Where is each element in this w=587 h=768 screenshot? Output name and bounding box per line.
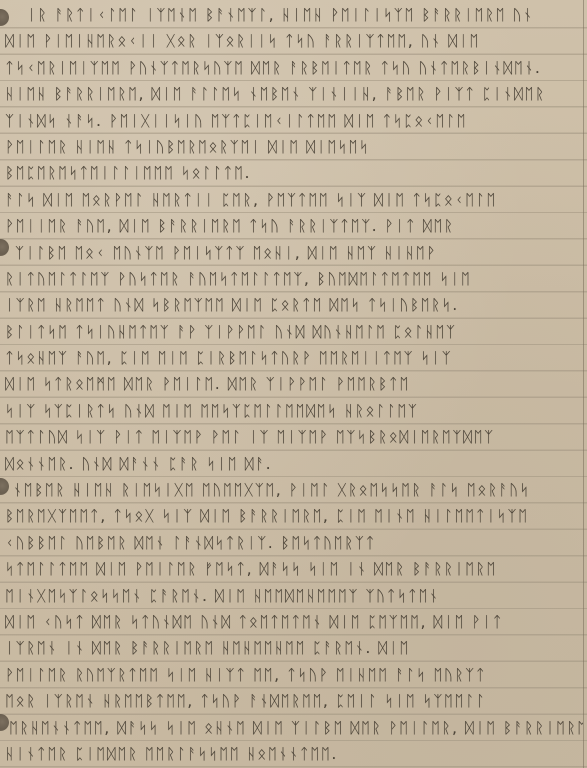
text-line: ᚨᛚᛋ ᛞᛁᛖ ᛖᛟᚱᚹᛖᛚ ᚺᛖᚱᛏᛁᛁ ᛈᛖᚱ, ᚹᛖᛉᛏᛖᛖ ᛋᛁᛉ ᛞᛁ… [5, 185, 583, 211]
text-line: ᛉᛁᛚᛒᛖ ᛖᛟᚲ ᛖᚢᚾᛉᛖ ᚹᛖᛁᛋᛉᛏᛉ ᛖᛟᚺᛁ, ᛞᛁᛖ ᚺᛖᛉ ᚺᛁ… [5, 238, 583, 264]
text-line: ᚺᛁᛖᚺ ᛒᚨᚱᚱᛁᛖᚱᛖ, ᛞᛁᛖ ᚨᛚᛚᛖᛋ ᚾᛖᛒᛖᚾ ᛉᛁᚾᛁᛁᚺ, ᚨ… [5, 79, 583, 105]
text-line: ᛏᛋᛟᚺᛖᛉ ᚨᚢᛖ, ᛈᛁᛖ ᛖᛁᛖ ᛈᛁᚱᛒᛖᛚᛋᛏᚢᚱᚹ ᛖᛖᚱᛖᛁᛁᛏᛖ… [5, 343, 583, 369]
text-line: ᛋᛏᛖᛚᛚᛏᛖᛖ ᛞᛁᛖ ᚹᛖᛁᛚᛖᚱ ᚠᛖᛋᛏ, ᛞᚨᛋᛋ ᛋᛁᛖ ᛁᚾ ᛞᛖ… [5, 554, 583, 580]
text-line: ᛖᛟᚱ ᛁᛉᚱᛖᚾ ᚺᚱᛖᛖᛒᛏᛖᛖ, ᛏᛋᚢᚹ ᚨᚾᛞᛖᚱᛖᛖ, ᛈᛖᛁᛚ ᛋ… [5, 686, 583, 712]
text-line: ᛖᚱᚺᛖᚾᚾᛏᛖᛖ, ᛞᚨᛋᛋ ᛋᛁᛖ ᛟᚺᚾᛖ ᛞᛁᛖ ᛉᛁᛚᛒᛖ ᛞᛖᚱ ᚹ… [5, 713, 583, 739]
text-line: ᛁᚱ ᚨᚱᛏᛁᚲᛚᛖᛚ ᛁᛉᛖᚾᛖ ᛒᚨᚾᛖᛉᛚ, ᚺᛁᛖᚺ ᚹᛖᛁᛚᛁᛋᛉᛖ … [5, 0, 583, 26]
text-line: ᛁᛉᚱᛖᚾ ᛁᚾ ᛞᛖᚱ ᛒᚨᚱᚱᛁᛖᚱᛖ ᚺᛖᚺᛖᛖᚺᛖᛖ ᛈᚨᚱᛖᚾ. ᛞᛁ… [5, 633, 583, 659]
text-line: ᛒᛚᛁᛏᛋᛖ ᛏᛋᛁᚢᚺᛖᛏᛖᛉ ᚨᚹ ᛉᛁᚹᚹᛖᛚ ᚢᚾᛞ ᛞᚢᚾᚺᛖᛚᛖ ᛈ… [5, 317, 583, 343]
page-edge [583, 0, 584, 768]
text-line: ᛒᛖᛈᛖᚱᛖᛋᛏᛖᛁᛚᛚᛁᛖᛖᛖ ᛋᛟᛚᛚᛏᛖ. [5, 158, 583, 184]
text-line: ᛞᛁᛖ ᚲᚢᛋᛏ ᛞᛖᚱ ᛋᛏᚢᚾᛞᛖ ᚢᚾᛞ ᛏᛟᛖᛏᛖᛏᛖᚾ ᛞᛁᛖ ᛈᛖᛉ… [5, 607, 583, 633]
text-line: ᛞᛁᛖ ᛋᛏᚱᛟᛖᛗᛖ ᛞᛖᚱ ᚹᛖᛁᛚᛖ. ᛞᛖᚱ ᛉᛁᚹᚹᛖᛚ ᚹᛖᛖᚱᛒᛏ… [5, 369, 583, 395]
text-line: ᛁᛉᚱᛖ ᚺᚱᛖᛖᛏ ᚢᚾᛞ ᛋᛒᚱᛖᛉᛖᛖ ᛞᛁᛖ ᛈᛟᚱᛏᛖ ᛞᛖᛋ ᛏᛋᛁ… [5, 290, 583, 316]
text-line: ᚲᚢᛒᛒᛖᛚ ᚢᛖᛒᛖᚱ ᛞᛖᚾ ᛚᚨᚾᛞᛋᛏᚱᛁᛉ. ᛒᛖᛋᛏᚢᛖᚱᛉᛏ [5, 528, 583, 554]
text-line: ᛋᛁᛉ ᛋᛉᛈᛁᚱᛏᛋ ᚢᚾᛞ ᛖᛁᛖ ᛖᛖᛋᛉᛈᛖᛚᛚᛖᛖᛞᛖᛋ ᚺᚱᛟᛚᛚᛖ… [5, 396, 583, 422]
text-line: ᚾᛖᛒᛖᚱ ᚺᛁᛖᚺ ᚱᛁᛖᛋᛁᚷᛖ ᛖᚢᛖᛖᚷᛉᛖ, ᚹᛁᛖᛚ ᚷᚱᛟᛖᛋᛋᛖ… [5, 475, 583, 501]
text-line: ᛞᛟᚾᚾᛖᚱ. ᚢᚾᛞ ᛞᚨᚾᚾ ᛈᚨᚱ ᛋᛁᛖ ᛞᚨ. [5, 449, 583, 475]
text-line: ᛖᛁᚾᚷᛖᛋᛉᛚᛟᛋᛋᛖᚾ ᛈᚨᚱᛖᚾ. ᛞᛁᛖ ᚺᛖᛖᛞᛖᚺᛖᛖᛖᛉ ᛉᚢᛏᛋ… [5, 581, 583, 607]
text-line: ᛖᛉᛏᛚᚢᛞ ᛋᛁᛉ ᚹᛁᛏ ᛖᛁᛉᛖᚹ ᚹᛖᛚ ᛁᛉ ᛖᛁᛉᛖᚹ ᛖᛉᛋᛒᚱᛟ… [5, 422, 583, 448]
text-line: ᚹᛖᛁᛚᛖᚱ ᚺᛁᛖᚺ ᛏᛋᛁᚢᛒᛖᚱᛖᛟᚱᛉᛖᛁ ᛞᛁᛖ ᛞᛁᛖᛋᛖᛋ [5, 132, 583, 158]
text-line: ᛞᛁᛖ ᚹᛁᛖᛁᚺᛖᚱᛟᚲᛁᛁ ᚷᛟᚱ ᛁᛉᛟᚱᛁᛁᛋ ᛏᛋᚢ ᚨᚱᚱᛁᛉᛏᛖᛖ… [5, 26, 583, 52]
text-line: ᚱᛁᛏᚢᛖᛚᛏᛚᛖᛉ ᚹᚢᛋᛏᛖᚱ ᚨᚢᛖᛋᛏᛖᛚᛚᛏᛖᛉ, ᛒᚢᛖᛞᛖᛚᛏᛖᛏ… [5, 264, 583, 290]
text-line: ᚹᛖᛁᛁᛖᚱ ᚨᚢᛖ, ᛞᛁᛖ ᛒᚨᚱᚱᛁᛖᚱᛖ ᛏᛋᚢ ᚨᚱᚱᛁᛉᛏᛖᛉ. ᚹ… [5, 211, 583, 237]
text-line: ᛏᛋᚲᛖᚱᛁᛖᛁᛉᛖᛖ ᚹᚢᚾᛉᛏᛖᚱᛋᚢᛉᛖ ᛞᛖᚱ ᚨᚱᛒᛖᛁᛏᛖᚱ ᛏᛋᚢ… [5, 53, 583, 79]
notebook-page: ᛁᚱ ᚨᚱᛏᛁᚲᛚᛖᛚ ᛁᛉᛖᚾᛖ ᛒᚨᚾᛖᛉᛚ, ᚺᛁᛖᚺ ᚹᛖᛁᛚᛁᛋᛉᛖ … [0, 0, 587, 768]
text-line: ᚹᛖᛁᛚᛖᚱ ᚱᚢᛖᛉᚱᛏᛖᛖ ᛋᛁᛖ ᚺᛁᛉᛏ ᛖᛖ, ᛏᛋᚢᚹ ᛖᛁᚺᛖᛖ … [5, 660, 583, 686]
runic-text-body: ᛁᚱ ᚨᚱᛏᛁᚲᛚᛖᛚ ᛁᛉᛖᚾᛖ ᛒᚨᚾᛖᛉᛚ, ᚺᛁᛖᚺ ᚹᛖᛁᛚᛁᛋᛉᛖ … [5, 0, 583, 765]
text-line: ᛉᛁᚾᛞᛋ ᚾᚨᛋ. ᚹᛖᛁᚷᛁᛁᛋᛁᚢ ᛖᛉᛏᛈᛁᛖᚲᛁᛚᛏᛖᛖ ᛞᛁᛖ ᛏᛋ… [5, 106, 583, 132]
text-line: ᛒᛖᚱᛖᚷᛉᛖᛖᛏ, ᛏᛋᛟᚷ ᛋᛁᛉ ᛞᛁᛖ ᛒᚨᚱᚱᛁᛖᚱᛖ, ᛈᛁᛖ ᛖᛁ… [5, 501, 583, 527]
text-line: ᚺᛁᚾᛏᛖᚱ ᛈᛁᛖᛞᛖᚱ ᛖᛖᚱᛚᚨᛋᛋᛖᛖ ᚺᛟᛖᚾᚾᛏᛖᛖ. [5, 739, 583, 765]
